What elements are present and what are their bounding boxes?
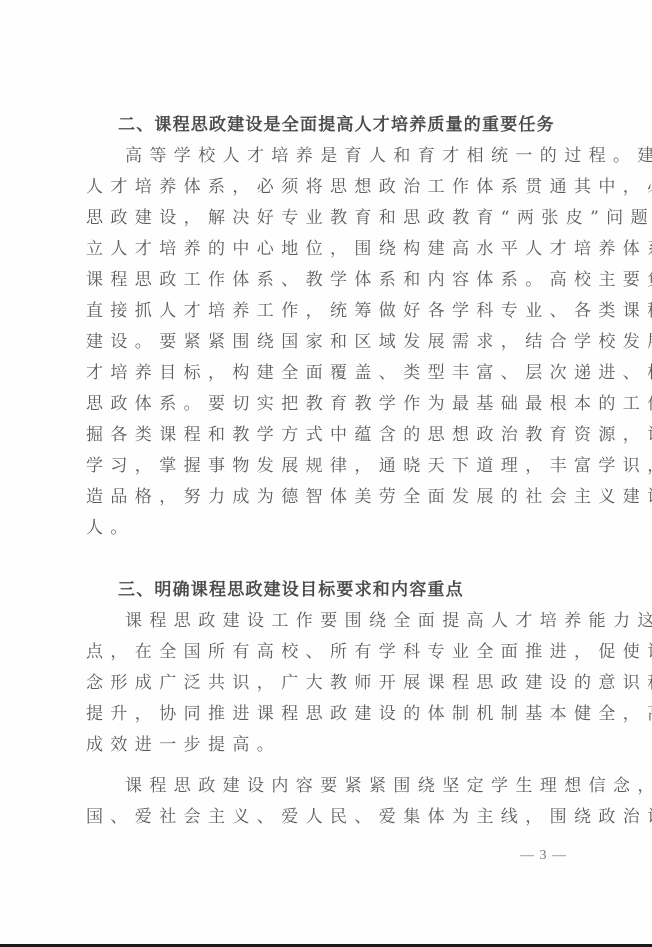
paragraph-line: 成效进一步提高。 bbox=[86, 733, 576, 757]
paragraph-line: 高等学校人才培养是育人和育才相统一的过程。建设高水平 bbox=[125, 144, 576, 168]
paragraph-line: 点，在全国所有高校、所有学科专业全面推进，促使课程思政的理 bbox=[86, 640, 576, 664]
paragraph-line: 思政体系。要切实把教育教学作为最基础最根本的工作，深入挖 bbox=[86, 392, 576, 416]
paragraph-line: 建设。要紧紧围绕国家和区域发展需求，结合学校发展定位和人 bbox=[86, 330, 576, 354]
paragraph-line: 课程思政建设工作要围绕全面提高人才培养能力这个核心 bbox=[125, 609, 576, 633]
section-heading-3: 三、明确课程思政建设目标要求和内容重点 bbox=[118, 578, 464, 602]
paragraph-line: 课程思政建设内容要紧紧围绕坚定学生理想信念，以爱党、爱 bbox=[125, 774, 576, 798]
paragraph-line: 立人才培养的中心地位，围绕构建高水平人才培养体系，不断完善 bbox=[86, 237, 576, 261]
paragraph-line: 掘各类课程和教学方式中蕴含的思想政治教育资源，让学生通过 bbox=[86, 423, 576, 447]
paragraph-line: 念形成广泛共识，广大教师开展课程思政建设的意识和能力全面 bbox=[86, 671, 576, 695]
paragraph-line: 人。 bbox=[86, 516, 576, 540]
paragraph-line: 才培养目标，构建全面覆盖、类型丰富、层次递进、相互支撑的课程 bbox=[86, 361, 576, 385]
paragraph-line: 直接抓人才培养工作，统筹做好各学科专业、各类课程的课程思政 bbox=[86, 299, 576, 323]
paragraph-line: 国、爱社会主义、爱人民、爱集体为主线，围绕政治认同、家国情怀、 bbox=[86, 805, 576, 829]
paragraph-line: 造品格，努力成为德智体美劳全面发展的社会主义建设者和接班 bbox=[86, 485, 576, 509]
paragraph-line: 提升，协同推进课程思政建设的体制机制基本健全，高校立德树人 bbox=[86, 702, 576, 726]
paragraph-line: 学习，掌握事物发展规律，通晓天下道理，丰富学识，增长见识，塑 bbox=[86, 454, 576, 478]
paragraph-line: 课程思政工作体系、教学体系和内容体系。高校主要负责同志要 bbox=[86, 268, 576, 292]
paragraph-line: 思政建设，解决好专业教育和思政教育“两张皮”问题。要牢固确 bbox=[86, 206, 576, 230]
section-heading-2: 二、课程思政建设是全面提高人才培养质量的重要任务 bbox=[118, 113, 555, 137]
page-number: — 3 — bbox=[520, 847, 567, 865]
paragraph-line: 人才培养体系，必须将思想政治工作体系贯通其中，必须抓好课程 bbox=[86, 175, 576, 199]
document-page: 二、课程思政建设是全面提高人才培养质量的重要任务 高等学校人才培养是育人和育才相… bbox=[0, 0, 652, 947]
